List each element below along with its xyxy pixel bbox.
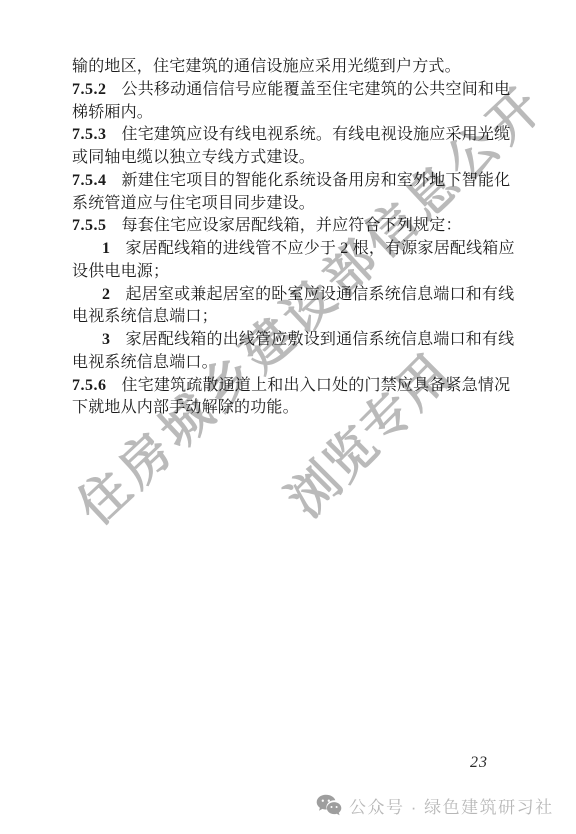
clause-number: 2 (102, 286, 111, 303)
line-text: 新建住宅项目的智能化系统设备用房和室外地下智能化 (122, 172, 511, 189)
document-line: 下就地从内部手动解除的功能。 (72, 397, 512, 420)
document-line: 7.5.6住宅建筑疏散通道上和出入口处的门禁应具备紧急情况 (72, 375, 512, 398)
line-text: 电视系统信息端口。 (72, 354, 218, 371)
document-line: 电视系统信息端口； (72, 306, 512, 329)
document-line: 3家居配线箱的出线管应敷设到通信系统信息端口和有线 (72, 329, 512, 352)
document-line: 7.5.2公共移动通信信号应能覆盖至住宅建筑的公共空间和电 (72, 79, 512, 102)
line-text: 下就地从内部手动解除的功能。 (72, 399, 299, 416)
clause-number: 7.5.3 (72, 126, 107, 143)
line-text: 电视系统信息端口； (72, 308, 218, 325)
document-line: 设供电电源； (72, 261, 512, 284)
document-line: 梯轿厢内。 (72, 102, 512, 125)
line-text: 住宅建筑应设有线电视系统。有线电视设施应采用光缆 (122, 126, 511, 143)
document-line: 电视系统信息端口。 (72, 352, 512, 375)
clause-number: 3 (102, 331, 111, 348)
document-line: 7.5.3住宅建筑应设有线电视系统。有线电视设施应采用光缆 (72, 124, 512, 147)
line-text: 公共移动通信信号应能覆盖至住宅建筑的公共空间和电 (122, 81, 511, 98)
line-text: 家居配线箱的出线管应敷设到通信系统信息端口和有线 (126, 331, 515, 348)
footer-label: 公众号 · 绿色建筑研习社 (349, 793, 554, 818)
line-text: 设供电电源； (72, 263, 169, 280)
line-text: 或同轴电缆以独立专线方式建设。 (72, 149, 315, 166)
document-line: 7.5.4新建住宅项目的智能化系统设备用房和室外地下智能化 (72, 170, 512, 193)
wechat-icon (316, 794, 342, 817)
document-line: 系统管道应与住宅项目同步建设。 (72, 193, 512, 216)
line-text: 起居室或兼起居室的卧室应设通信系统信息端口和有线 (126, 286, 515, 303)
line-text: 输的地区，住宅建筑的通信设施应采用光缆到户方式。 (72, 58, 461, 75)
document-line: 1家居配线箱的进线管不应少于 2 根，有源家居配线箱应 (72, 238, 512, 261)
clause-number: 1 (102, 240, 111, 257)
document-page: 住房城乡建设部信息公开 浏览专用 输的地区，住宅建筑的通信设施应采用光缆到户方式… (0, 0, 576, 834)
line-text: 系统管道应与住宅项目同步建设。 (72, 195, 315, 212)
line-text: 每套住宅应设家居配线箱，并应符合下列规定： (122, 217, 462, 234)
line-text: 家居配线箱的进线管不应少于 2 根，有源家居配线箱应 (126, 240, 515, 257)
clause-number: 7.5.6 (72, 377, 107, 394)
document-line: 2起居室或兼起居室的卧室应设通信系统信息端口和有线 (72, 284, 512, 307)
clause-number: 7.5.4 (72, 172, 107, 189)
page-number: 23 (470, 754, 488, 772)
footer-bar: 公众号 · 绿色建筑研习社 (316, 793, 554, 818)
clause-number: 7.5.5 (72, 217, 107, 234)
document-line: 输的地区，住宅建筑的通信设施应采用光缆到户方式。 (72, 56, 512, 79)
clause-number: 7.5.2 (72, 81, 107, 98)
document-line: 7.5.5每套住宅应设家居配线箱，并应符合下列规定： (72, 215, 512, 238)
document-line: 或同轴电缆以独立专线方式建设。 (72, 147, 512, 170)
line-text: 住宅建筑疏散通道上和出入口处的门禁应具备紧急情况 (122, 377, 511, 394)
document-body: 输的地区，住宅建筑的通信设施应采用光缆到户方式。7.5.2公共移动通信信号应能覆… (72, 56, 512, 420)
line-text: 梯轿厢内。 (72, 104, 153, 121)
